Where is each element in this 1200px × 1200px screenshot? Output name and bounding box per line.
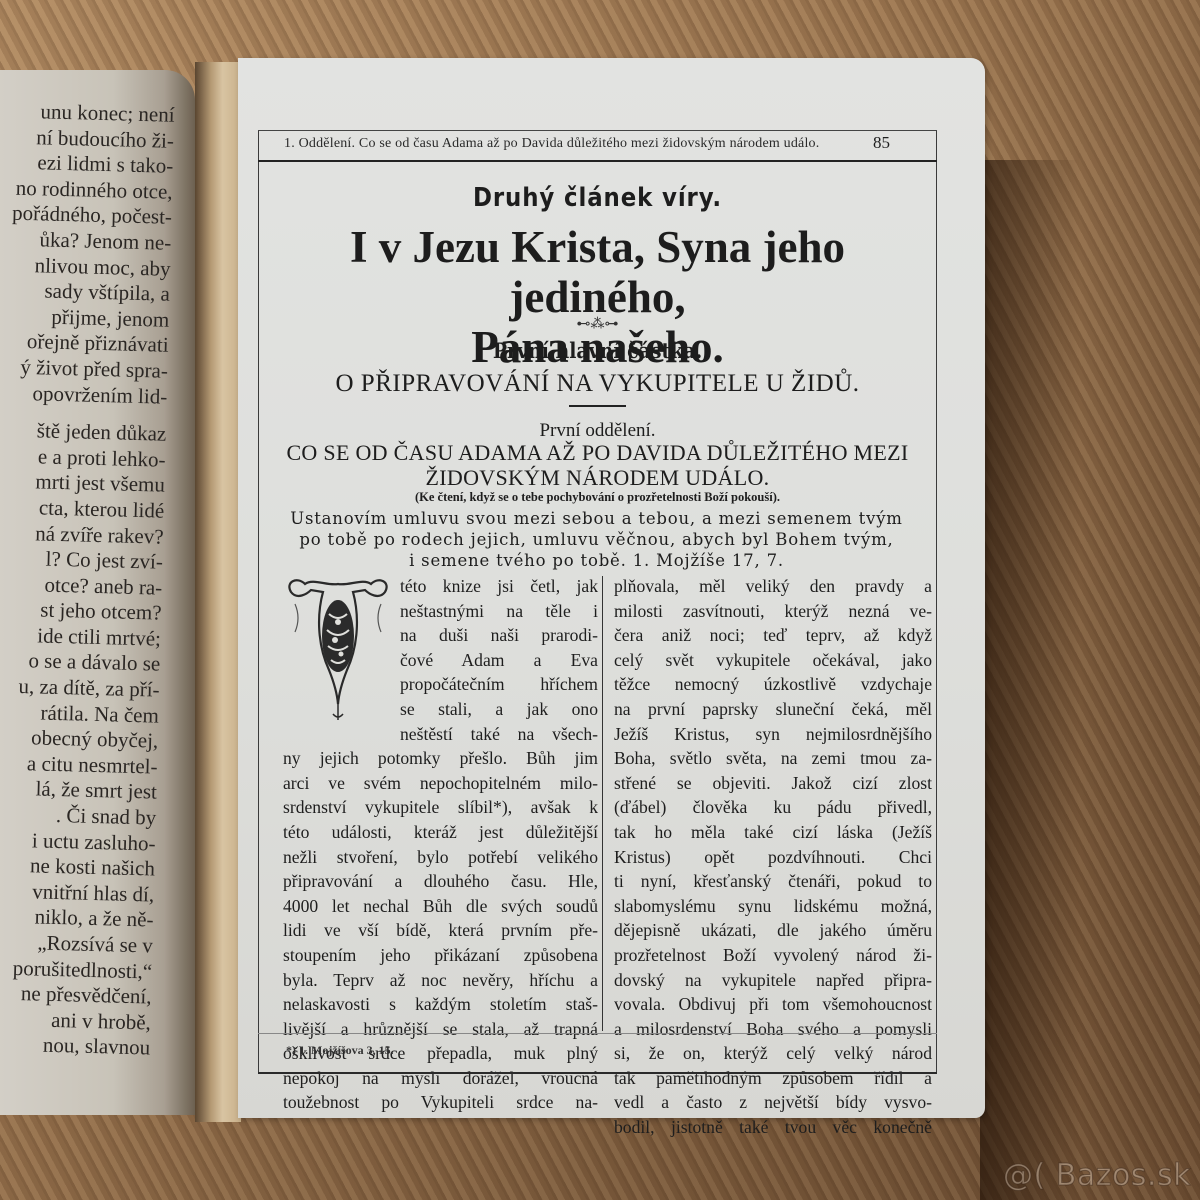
text-line: propočátečním hříchem xyxy=(283,672,598,697)
text-line: arci ve svém nepochopitelném milo- xyxy=(283,771,598,796)
text-line: byla. Teprv až noc nevěry, hříchu a xyxy=(283,968,598,993)
text-line: livější a hrůznější se stala, až trapná xyxy=(283,1017,598,1042)
text-line: slabomyslému synu lidskému možná, xyxy=(614,894,932,919)
left-page: unu konec; neníní budoucího ži-ezi lidmi… xyxy=(0,70,195,1115)
header-rule xyxy=(258,130,937,131)
text-line: čera aniž noci; teď teprv, až když xyxy=(614,623,932,648)
text-line: (ďábel) člověka ku pádu přivedl, xyxy=(614,795,932,820)
text-line: ani v hrobě, xyxy=(0,1005,151,1035)
section-title-line-2: ŽIDOVSKÝM NÁRODEM UDÁLO. xyxy=(258,465,937,490)
article-title: Druhý článek víry. xyxy=(299,183,897,213)
section-title-line-1: CO SE OD ČASU ADAMA AŽ PO DAVIDA DŮLEŽIT… xyxy=(258,440,937,465)
text-line: na duši naši prarodi- xyxy=(283,623,598,648)
text-line: a milosrdenství Boha svého a pomysli xyxy=(614,1017,932,1042)
text-line: i uctu zasluho- xyxy=(0,826,156,856)
text-line: bodil, jistotně také tvou věc konečně xyxy=(614,1115,932,1140)
text-line: vnitřní hlas dí, xyxy=(0,878,155,908)
text-line: dovský na vykupitele napřed připra- xyxy=(614,968,932,993)
text-line: toužebnost po Vykupiteli srdce na- xyxy=(283,1090,598,1115)
main-title-line-1: I v Jezu Krista, Syna jeho jediného, xyxy=(258,222,937,322)
text-line: tak ho měla také cizí láska (Ježíš xyxy=(614,820,932,845)
text-line: prozřetelnost Boží vyvolený národ ži- xyxy=(614,943,932,968)
text-line: 4000 let nechal Bůh dle svých soudů xyxy=(283,894,598,919)
text-line: „Rozsívá se v xyxy=(0,929,153,959)
text-line: obecný obyčej, xyxy=(0,724,159,754)
text-line: ny jejich potomky přešlo. Bůh jim xyxy=(283,746,598,771)
book-gutter xyxy=(195,62,241,1122)
left-page-text: unu konec; neníní budoucího ži-ezi lidmi… xyxy=(0,98,175,1061)
text-line: ide ctili mrtvé; xyxy=(0,622,161,652)
text-line: neštěstí také na všech- xyxy=(283,722,598,747)
watermark: @( Bazos.sk xyxy=(1003,1158,1191,1193)
footer-rule xyxy=(258,1072,937,1074)
text-line: celý svět vykupitele očekával, jako xyxy=(614,648,932,673)
text-line: lá, že smrt jest xyxy=(0,775,157,805)
text-line: nou, slavnou xyxy=(0,1031,151,1061)
text-line: této knize jsi četl, jak xyxy=(283,574,598,599)
part-subtitle: O PŘIPRAVOVÁNÍ NA VYKUPITELE U ŽIDŮ. xyxy=(258,370,937,398)
text-line: dějepisně ukázati, dle jakého úměru xyxy=(614,918,932,943)
section-label: První oddělení. xyxy=(258,420,937,442)
text-line: pořádného, počest- xyxy=(0,200,172,230)
text-line: této události, kteráž jest důležitější xyxy=(283,820,598,845)
text-line: ti nyní, křesťanský čtenáři, pokud to xyxy=(614,869,932,894)
header-rule-bold xyxy=(258,160,937,162)
text-line: se stali, a jak ono xyxy=(283,697,598,722)
scripture-motto: Ustanovím umluvu svou mezi sebou a tebou… xyxy=(264,508,929,571)
text-line: vedl a často z největší bídy vysvo- xyxy=(614,1090,932,1115)
right-page: 1. Oddělení. Co se od času Adama až po D… xyxy=(238,58,985,1118)
motto-line: po tobě po rodech jejich, umluvu věčnou,… xyxy=(264,529,929,550)
text-line: . Či snad by xyxy=(0,801,157,831)
text-line: srdenství vykupitele slíbil*), avšak k xyxy=(283,795,598,820)
text-line: nežli stvoření, bylo potřebí velikého xyxy=(283,845,598,870)
text-line: připravování a dlouhého času. Hle, xyxy=(283,869,598,894)
footnote: *) 1. Mojžíšova 3, 15. xyxy=(286,1043,394,1058)
text-line: neštastnými na těle i xyxy=(283,599,598,624)
ornament-divider-icon: ⊷⁂⊶ xyxy=(258,316,937,333)
section-title: CO SE OD ČASU ADAMA AŽ PO DAVIDA DŮLEŽIT… xyxy=(258,440,937,490)
text-line: u, za dítě, za pří- xyxy=(0,673,160,703)
text-line: o se a dávalo se xyxy=(0,647,161,677)
short-rule xyxy=(569,405,626,407)
text-line: stoupením jeho přikázaní způsobena xyxy=(283,943,598,968)
text-line: ne přesvědčení, xyxy=(0,980,152,1010)
text-line: Ježíš Kristus, syn nejmilosrdnějšího xyxy=(614,722,932,747)
text-line: plňovala, měl veliký den pravdy a xyxy=(614,574,932,599)
text-line: střené se objeviti. Jakož cizí zlost xyxy=(614,771,932,796)
text-column-right: plňovala, měl veliký den pravdy amilosti… xyxy=(614,574,932,1140)
text-line: vovala. Obdivuj při tom všemohoucnost xyxy=(614,992,932,1017)
text-line: milosti zasvítnouti, kterýž nezná ve- xyxy=(614,599,932,624)
section-note: (Ke čtení, když se o tebe pochybování o … xyxy=(258,490,937,505)
running-head: 1. Oddělení. Co se od času Adama až po D… xyxy=(284,136,819,152)
book-shadow xyxy=(980,160,1080,1200)
text-line: rátila. Na čem xyxy=(0,698,159,728)
text-line: ne kosti našich xyxy=(0,852,155,882)
column-divider xyxy=(602,576,603,1031)
text-line: čové Adam a Eva xyxy=(283,648,598,673)
text-line: si, že on, kterýž celý velký národ xyxy=(614,1041,932,1066)
text-line: nelaskavosti s každým stoletím staš- xyxy=(283,992,598,1017)
text-line: a citu nesmrtel- xyxy=(0,750,158,780)
text-line: lidi ve vší bídě, která prvním pře- xyxy=(283,918,598,943)
text-line: tak pamětihodným způsobem řídil a xyxy=(614,1066,932,1091)
text-line: porušitedlnosti,“ xyxy=(0,954,153,984)
part-title: První hlavní částka. xyxy=(292,338,903,363)
page-number: 85 xyxy=(873,133,890,153)
text-line: ý život před spra- xyxy=(0,354,168,384)
text-line: těžce nemocný úzkostlivě vzdychaje xyxy=(614,672,932,697)
text-line: Kristus) opět pozdvíhnouti. Chci xyxy=(614,845,932,870)
text-line: nepokoj na mysli dorážel, vroucná xyxy=(283,1066,598,1091)
motto-line: Ustanovím umluvu svou mezi sebou a tebou… xyxy=(264,508,929,529)
text-line: niklo, a že ně- xyxy=(0,903,154,933)
footnote-rule xyxy=(258,1033,937,1034)
text-line: na první paprsky sluneční čeká, měl xyxy=(614,697,932,722)
text-line: Boha, světlo světa, na zemi tmou za- xyxy=(614,746,932,771)
motto-line: i semene tvého po tobě. 1. Mojžíše 17, 7… xyxy=(264,550,929,571)
